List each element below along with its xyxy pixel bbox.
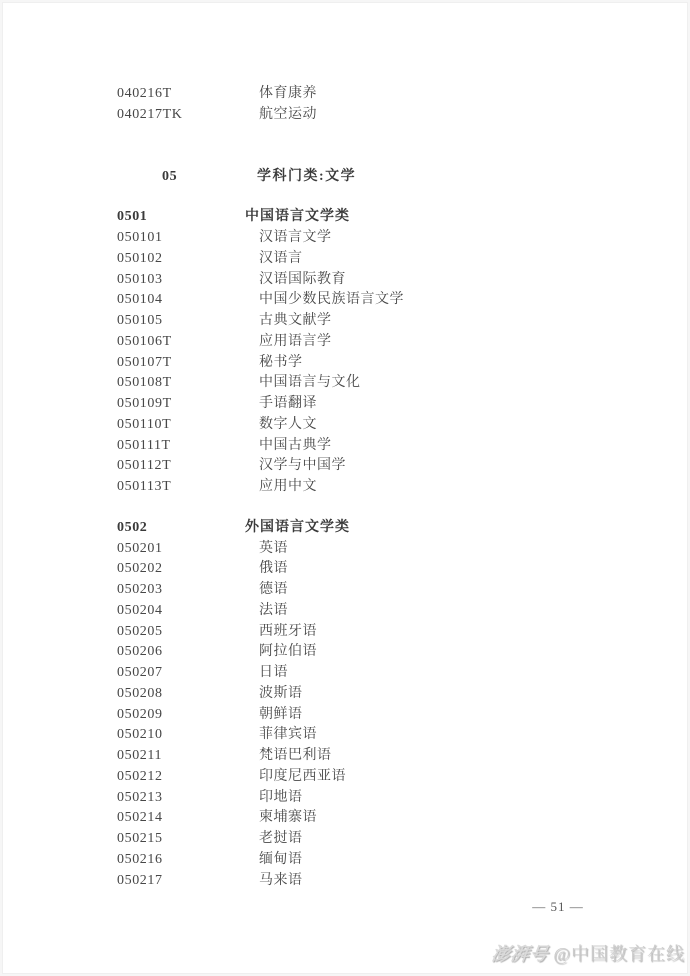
major-code: 050101 [117, 228, 259, 249]
major-name: 柬埔寨语 [259, 810, 317, 825]
major-name: 数字人文 [259, 417, 317, 432]
major-code: 050214 [117, 808, 259, 829]
category-title: 学科门类:文学 [257, 169, 356, 184]
major-row: 050209朝鲜语 [117, 705, 688, 726]
major-row: 050102汉语言 [117, 249, 688, 270]
major-row: 050208波斯语 [117, 684, 688, 705]
major-row: 050207日语 [117, 663, 688, 684]
major-name: 应用语言学 [259, 334, 332, 349]
major-name: 中国少数民族语言文学 [259, 292, 404, 307]
major-row: 050105古典文献学 [117, 311, 688, 332]
major-row: 050110T数字人文 [117, 415, 688, 436]
major-name: 德语 [259, 582, 288, 597]
major-group: 0501中国语言文学类050101汉语言文学050102汉语言050103汉语国… [117, 207, 688, 498]
major-row: 050101汉语言文学 [117, 228, 688, 249]
major-row: 050203德语 [117, 580, 688, 601]
major-row: 050107T秘书学 [117, 353, 688, 374]
major-code: 050110T [117, 415, 259, 436]
major-code: 050102 [117, 249, 259, 270]
major-row: 050205西班牙语 [117, 622, 688, 643]
major-name: 朝鲜语 [259, 707, 303, 722]
major-row: 050103汉语国际教育 [117, 270, 688, 291]
major-row: 050106T应用语言学 [117, 332, 688, 353]
major-name: 汉学与中国学 [259, 458, 346, 473]
major-code: 050208 [117, 684, 259, 705]
major-row: 050111T中国古典学 [117, 436, 688, 457]
major-code: 050112T [117, 456, 259, 477]
major-code: 050204 [117, 601, 259, 622]
major-name: 马来语 [259, 873, 303, 888]
major-row: 050211梵语巴利语 [117, 746, 688, 767]
category-code: 05 [117, 167, 257, 188]
major-name: 梵语巴利语 [259, 748, 332, 763]
major-name: 法语 [259, 603, 288, 618]
major-code: 050210 [117, 725, 259, 746]
major-row: 050113T应用中文 [117, 477, 688, 498]
major-code: 050206 [117, 642, 259, 663]
major-row: 050210菲律宾语 [117, 725, 688, 746]
major-code: 050113T [117, 477, 259, 498]
major-row: 050206阿拉伯语 [117, 642, 688, 663]
major-name: 汉语言文学 [259, 230, 332, 245]
major-code: 050216 [117, 850, 259, 871]
major-code: 050107T [117, 353, 259, 374]
major-code: 050108T [117, 373, 259, 394]
major-code: 050105 [117, 311, 259, 332]
major-row: 050204法语 [117, 601, 688, 622]
major-name: 英语 [259, 541, 288, 556]
major-code: 050211 [117, 746, 259, 767]
major-row: 040216T体育康养 [117, 84, 688, 105]
major-name: 体育康养 [259, 86, 317, 101]
major-row: 050201英语 [117, 539, 688, 560]
major-code: 050111T [117, 436, 259, 457]
major-name: 外国语言文学类 [245, 520, 350, 535]
section-header-row: 0502外国语言文学类 [117, 518, 688, 539]
major-name: 汉语言 [259, 251, 303, 266]
major-code: 040217TK [117, 105, 259, 126]
major-code: 050215 [117, 829, 259, 850]
major-code: 050104 [117, 290, 259, 311]
watermark: 澎湃号@中国教育在线 [492, 940, 685, 966]
major-row: 050112T汉学与中国学 [117, 456, 688, 477]
major-row: 050216缅甸语 [117, 850, 688, 871]
major-name: 缅甸语 [259, 852, 303, 867]
major-code: 050217 [117, 871, 259, 892]
major-name: 印度尼西亚语 [259, 769, 346, 784]
major-code: 050201 [117, 539, 259, 560]
major-name: 波斯语 [259, 686, 303, 701]
major-row: 050215老挝语 [117, 829, 688, 850]
major-code: 050212 [117, 767, 259, 788]
major-row: 050108T中国语言与文化 [117, 373, 688, 394]
major-name: 汉语国际教育 [259, 272, 346, 287]
watermark-brand-logo: 澎湃号 [491, 940, 552, 966]
major-row: 050202俄语 [117, 559, 688, 580]
major-code: 050106T [117, 332, 259, 353]
major-name: 日语 [259, 665, 288, 680]
major-name: 老挝语 [259, 831, 303, 846]
major-row: 050214柬埔寨语 [117, 808, 688, 829]
sections: 0501中国语言文学类050101汉语言文学050102汉语言050103汉语国… [117, 207, 688, 891]
major-row: 050109T手语翻译 [117, 394, 688, 415]
major-row: 050212印度尼西亚语 [117, 767, 688, 788]
major-code: 050109T [117, 394, 259, 415]
page-number: — 51 — [508, 899, 608, 915]
major-code: 050207 [117, 663, 259, 684]
major-name: 俄语 [259, 561, 288, 576]
major-code: 0502 [117, 518, 259, 539]
major-row: 040217TK航空运动 [117, 105, 688, 126]
major-name: 秘书学 [259, 355, 303, 370]
major-code: 050103 [117, 270, 259, 291]
category-header-row: 05学科门类:文学 [117, 167, 688, 188]
major-name: 古典文献学 [259, 313, 332, 328]
major-name: 阿拉伯语 [259, 644, 317, 659]
document-page: 040216T体育康养040217TK航空运动 05学科门类:文学 0501中国… [2, 2, 688, 974]
major-group: 0502外国语言文学类050201英语050202俄语050203德语05020… [117, 518, 688, 892]
major-name: 印地语 [259, 790, 303, 805]
major-code: 050205 [117, 622, 259, 643]
major-name: 中国语言文学类 [245, 209, 350, 224]
major-name: 中国语言与文化 [259, 375, 361, 390]
major-name: 中国古典学 [259, 438, 332, 453]
major-row: 050217马来语 [117, 871, 688, 892]
major-catalog: 040216T体育康养040217TK航空运动 05学科门类:文学 0501中国… [2, 2, 688, 891]
major-name: 航空运动 [259, 107, 317, 122]
major-code: 050202 [117, 559, 259, 580]
major-name: 西班牙语 [259, 624, 317, 639]
leading-entries: 040216T体育康养040217TK航空运动 [117, 84, 688, 126]
section-header-row: 0501中国语言文学类 [117, 207, 688, 228]
major-code: 050209 [117, 705, 259, 726]
major-code: 040216T [117, 84, 259, 105]
major-name: 应用中文 [259, 479, 317, 494]
major-code: 0501 [117, 207, 259, 228]
major-code: 050203 [117, 580, 259, 601]
major-row: 050104中国少数民族语言文学 [117, 290, 688, 311]
major-row: 050213印地语 [117, 788, 688, 809]
major-code: 050213 [117, 788, 259, 809]
major-name: 菲律宾语 [259, 727, 317, 742]
watermark-handle: @中国教育在线 [553, 944, 685, 964]
major-name: 手语翻译 [259, 396, 317, 411]
